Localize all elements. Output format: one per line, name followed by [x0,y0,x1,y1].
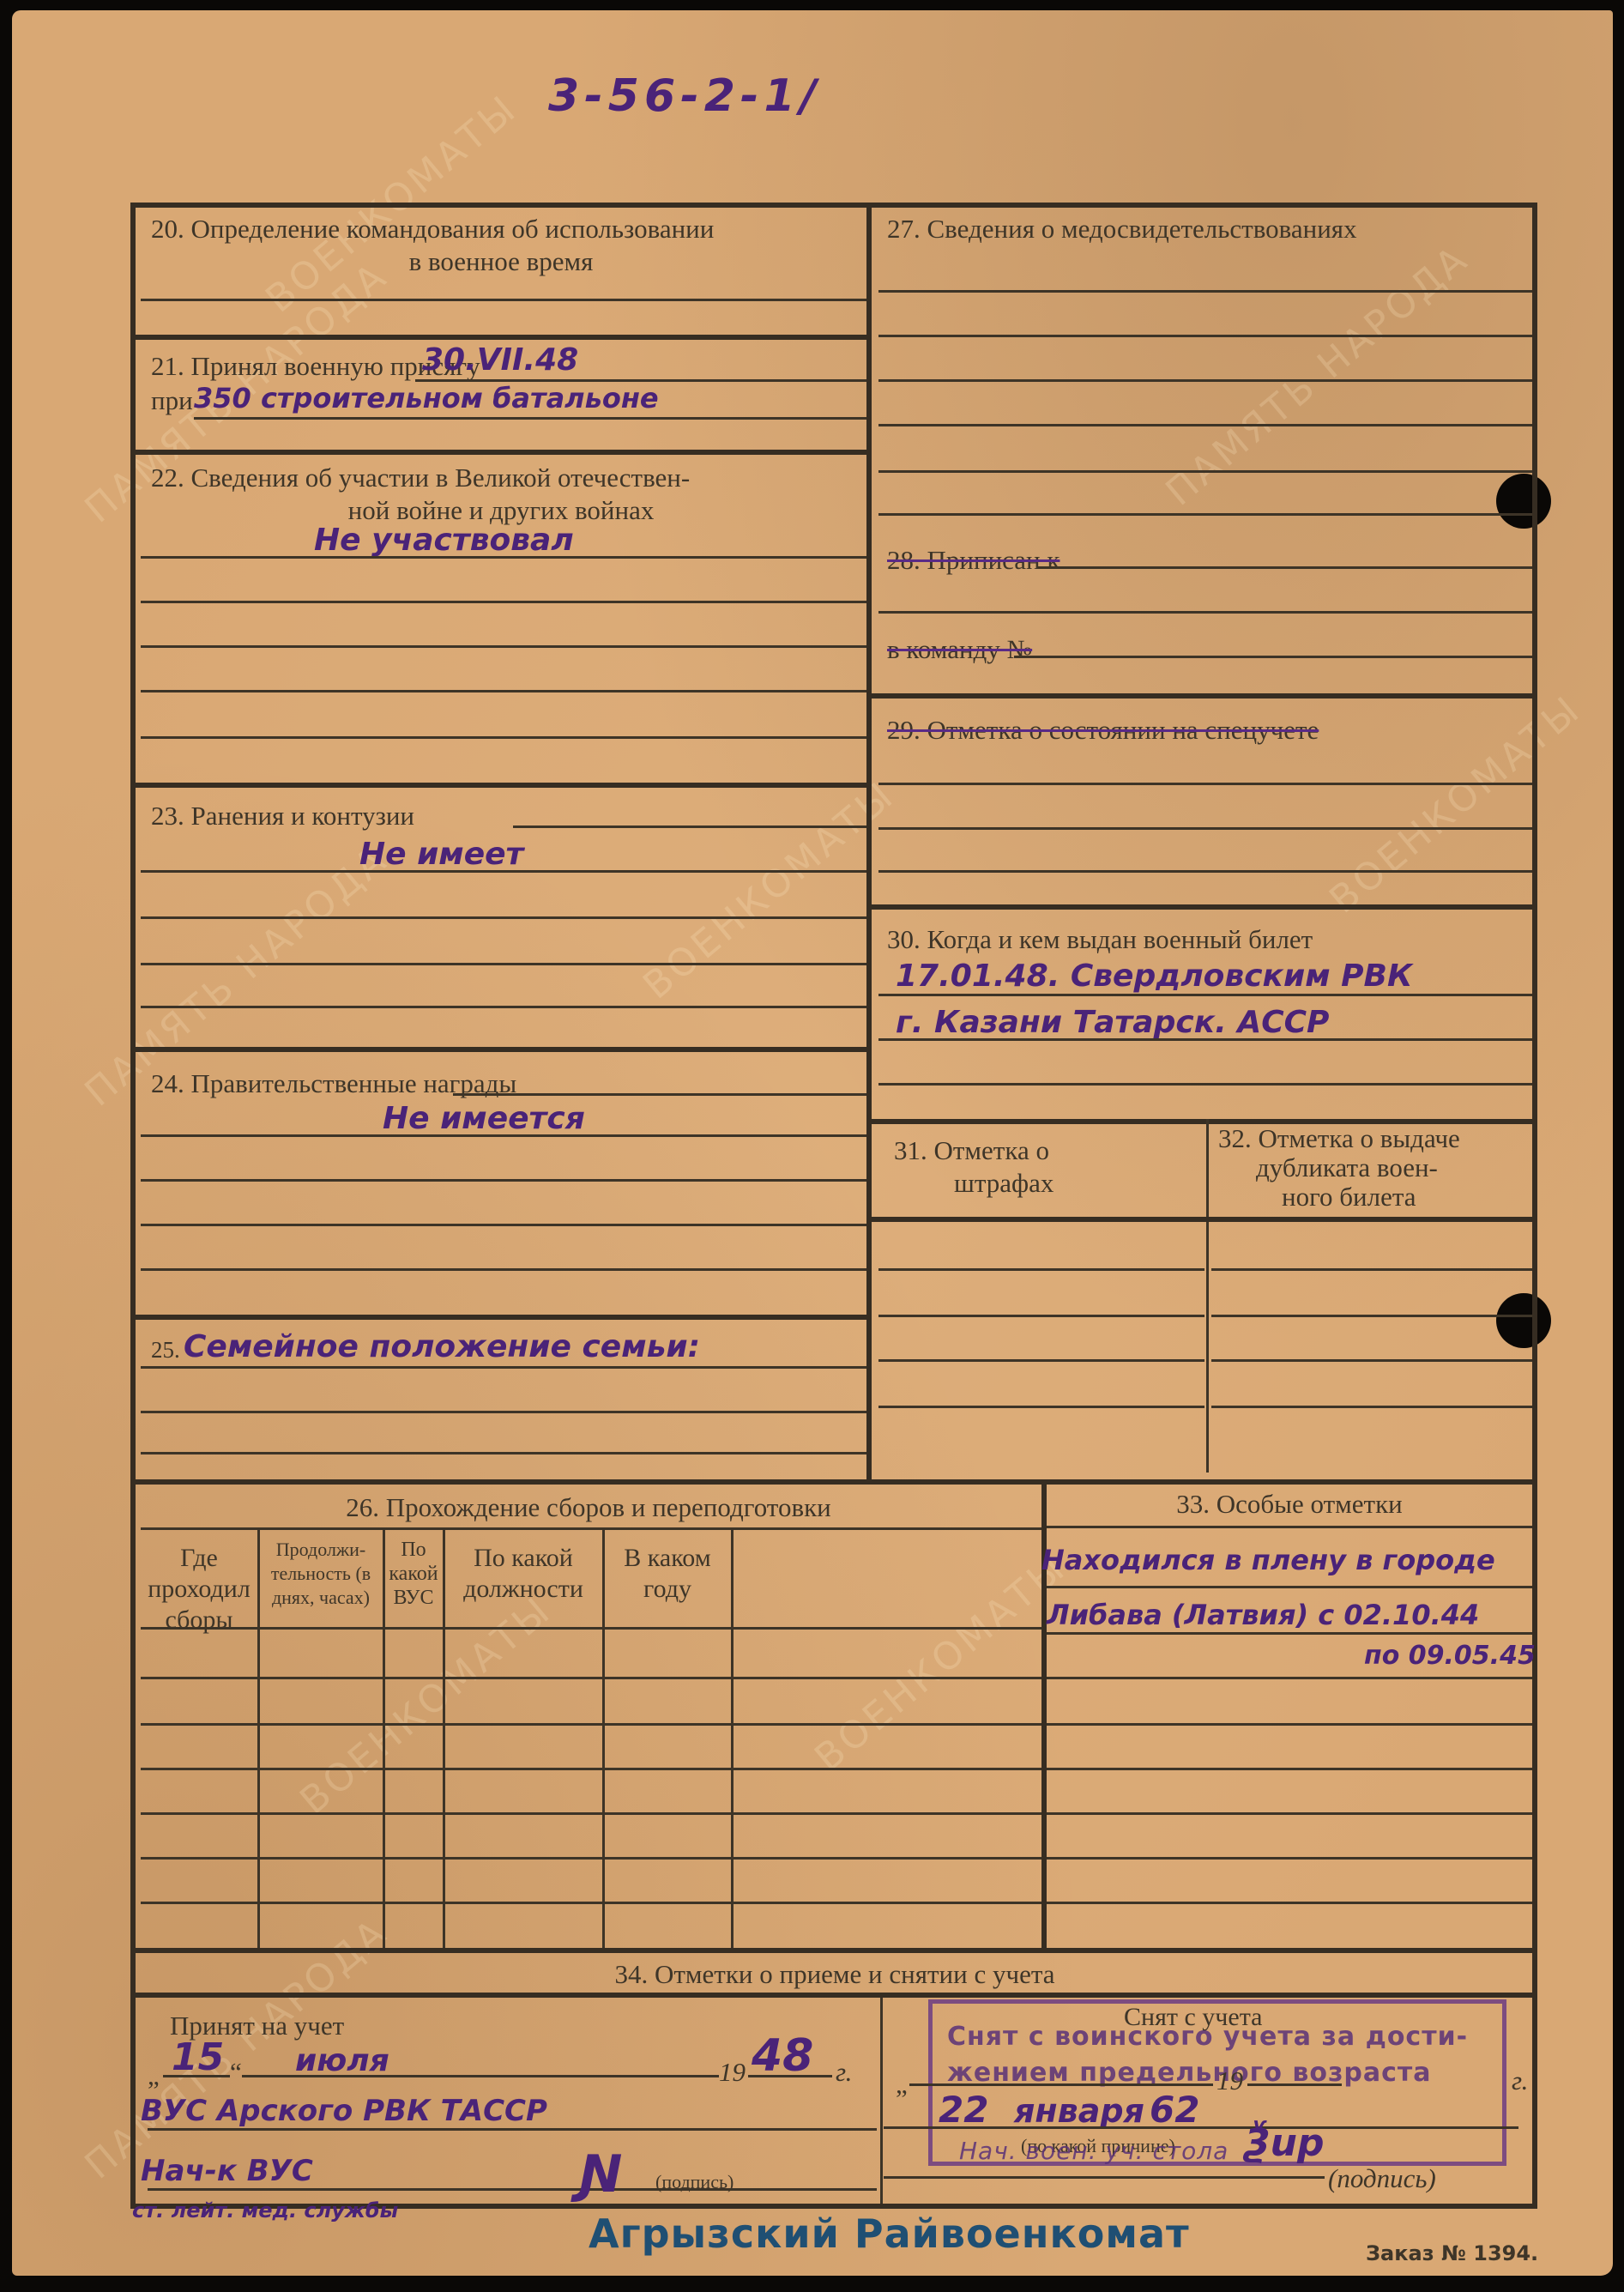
rule [1211,1359,1532,1362]
rule [1038,566,1532,569]
rule [1014,656,1532,658]
section-28-label-2: в команду № [887,633,1032,666]
document-page: ПАМЯТЬ НАРОДА ВОЕНКОМАТЫ ПАМЯТЬ НАРОДА П… [12,10,1613,2276]
rule [1047,1723,1532,1726]
section-22-value: Не участвовал [314,523,574,558]
rule [141,1411,866,1413]
rule [1211,1268,1532,1271]
rule [141,645,866,648]
table-row [141,1723,1041,1726]
section-30-label: 30. Когда и кем выдан военный билет [887,923,1313,956]
rule [163,2075,230,2077]
column-divider [866,203,872,1481]
removed-month: января [1014,2094,1144,2128]
watermark: ВОЕНКОМАТЫ [635,773,903,1008]
table-header-where: Где проходил сборы [141,1543,257,1636]
rule [909,2083,1213,2086]
accepted-year-suffix: г. [836,2056,852,2089]
accepted-year-prefix: 19 [719,2056,746,2089]
rule [141,1268,866,1271]
table-row [141,1768,1041,1770]
accepted-year: 48 [752,2032,813,2080]
rule [878,335,1532,337]
section-28-label: 28. Приписан к [887,544,1060,577]
frame-top [130,203,1537,208]
section-27-label: 27. Сведения о медосвидетельствованиях [887,213,1357,245]
rule [141,556,866,559]
accepted-line-2: Нач-к ВУС [141,2154,313,2188]
rule [878,1038,1532,1041]
removed-day: 22 [939,2090,988,2130]
quote-open: „ [896,2068,908,2101]
section-34-title: 34. Отметки о приеме и снятии с учета [136,1958,1534,1991]
rule [1047,1677,1532,1679]
rule [141,1366,866,1369]
district-commissariat-stamp: Агрызский Райвоенкомат [589,2210,1190,2257]
divider [136,1993,1534,1998]
section-24-value: Не имеется [383,1102,585,1136]
rule [878,1083,1532,1086]
rule [141,1134,866,1137]
rule [141,736,866,739]
rule [878,827,1532,830]
rule [1247,2083,1342,2086]
rule [141,1452,866,1454]
accepted-signature: Ɲ [578,2147,621,2202]
rule [878,513,1532,516]
rule [1211,1406,1532,1408]
section-23-value: Не имеет [359,838,523,872]
table-row [141,1902,1041,1904]
rule [513,825,866,828]
section-30-value-2: г. Казани Татарск. АССР [896,1006,1329,1040]
rule [453,1093,866,1096]
rule [1047,1812,1532,1815]
rule [141,690,866,692]
section-20-label: 20. Определение командования об использо… [151,213,714,245]
punch-hole [1496,474,1551,529]
frame-right [1532,203,1537,2207]
section-21-value: 350 строительном батальоне [194,381,659,415]
divider [136,335,866,340]
divider [872,904,1532,910]
rule [1047,1902,1532,1904]
section-21-date: 30.VII.48 [422,343,578,378]
section-33-label: 33. Особые отметки [1047,1488,1532,1521]
rule [141,601,866,603]
divider [136,1047,866,1052]
rule [878,424,1532,426]
removal-stamp-line-3: Нач. воен. уч. стола [959,2137,1229,2165]
rule [878,470,1532,473]
removed-year: 62 [1150,2090,1199,2130]
rule [141,1627,1041,1630]
rule [141,1179,866,1182]
table-row [141,1857,1041,1860]
rule [878,994,1532,996]
section-32-label-2: дубликата воен- [1256,1152,1438,1184]
divider [136,1315,866,1320]
rule [1047,1632,1532,1635]
section-20-label-2: в военное время [136,245,866,278]
rule [878,379,1532,382]
accepted-signature-label: (подпись) [655,2166,734,2198]
rule [1047,1857,1532,1860]
section-31-label-2: штрафах [954,1167,1053,1200]
divider [880,1998,883,2204]
section-22-label: 22. Сведения об участии в Великой отечес… [151,462,690,494]
rule [194,417,866,420]
table-header-position: По какой должности [444,1543,602,1605]
section-29-label: 29. Отметка о состоянии на спецучете [887,714,1319,747]
accepted-line-1: ВУС Арского РВК ТАССР [141,2094,547,2128]
divider [136,450,866,455]
section-32-label-3: ного билета [1282,1181,1416,1213]
divider [1206,1119,1209,1473]
table-header-year: В каком году [604,1543,731,1605]
section-31-label: 31. Отметка о [894,1134,1049,1167]
removal-stamp-line-1: Снят с воинского учета за дости- [947,2022,1468,2052]
accepted-line-3: ст. лейт. мед. службы [132,2193,398,2228]
rule [141,1224,866,1226]
order-number: Заказ № 1394. [1366,2241,1538,2265]
removed-signature: Ѯuр [1244,2126,1324,2161]
rule [878,290,1532,293]
section-23-label: 23. Ранения и контузии [151,800,414,832]
section-33-value-2: Либава (Латвия) с 02.10.44 [1047,1598,1479,1632]
divider [136,1479,1534,1485]
section-25-label: 25. [151,1333,180,1366]
rule [878,1406,1204,1408]
table-header-duration: Продолжи-тельность (в днях, часах) [259,1538,383,1610]
rule [884,2176,1325,2179]
section-33-value-1: Находился в плену в городе [1041,1543,1495,1577]
removed-year-prefix: 19 [1216,2065,1243,2097]
section-26-title: 26. Прохождение сборов и переподготовки [136,1491,1041,1524]
rule [141,916,866,919]
rule [878,1359,1204,1362]
divider [136,1948,1534,1953]
rule [141,1006,866,1008]
section-25-value: Семейное положение семьи: [184,1330,700,1364]
rule [148,2128,877,2131]
accepted-month: июля [295,2044,389,2078]
rule [141,1527,1041,1530]
punch-hole [1496,1293,1551,1348]
table-header-vus: По какой ВУС [384,1538,443,1610]
table-row [141,1677,1041,1679]
rule [878,1268,1204,1271]
rule [1047,1526,1532,1528]
quote-close: “ [230,2056,242,2089]
quote-open: „ [148,2059,160,2092]
rule [1047,1768,1532,1770]
watermark: ВОЕНКОМАТЫ [1321,687,1590,922]
rule [748,2075,832,2077]
archive-number: 3-56-2-1/ [548,70,822,122]
accepted-day: 15 [172,2041,224,2075]
rule [141,870,866,873]
section-21-prefix: при [151,384,193,417]
divider [872,693,1532,698]
divider [872,1217,1532,1222]
divider [136,783,866,788]
rule [141,299,866,301]
watermark: ВОЕНКОМАТЫ [292,1588,560,1823]
removed-year-suffix: г. [1512,2065,1528,2097]
section-33-value-3: по 09.05.45 [1364,1639,1536,1673]
table-col-divider [731,1527,734,1948]
table-row [141,1812,1041,1815]
rule [878,1315,1204,1317]
watermark: ВОЕНКОМАТЫ [806,1545,1075,1781]
section-30-value-1: 17.01.48. Свердловским РВК [896,959,1412,994]
rule [878,611,1532,614]
rule [148,2188,877,2191]
removed-signature-label: (подпись) [1328,2162,1436,2195]
rule [1047,1586,1532,1588]
rule [1211,1315,1532,1317]
rule [878,870,1532,873]
rule [141,963,866,965]
rule [242,2075,719,2077]
rule [884,2126,1518,2129]
section-32-label: 32. Отметка о выдаче [1218,1122,1460,1155]
rule [878,783,1532,785]
